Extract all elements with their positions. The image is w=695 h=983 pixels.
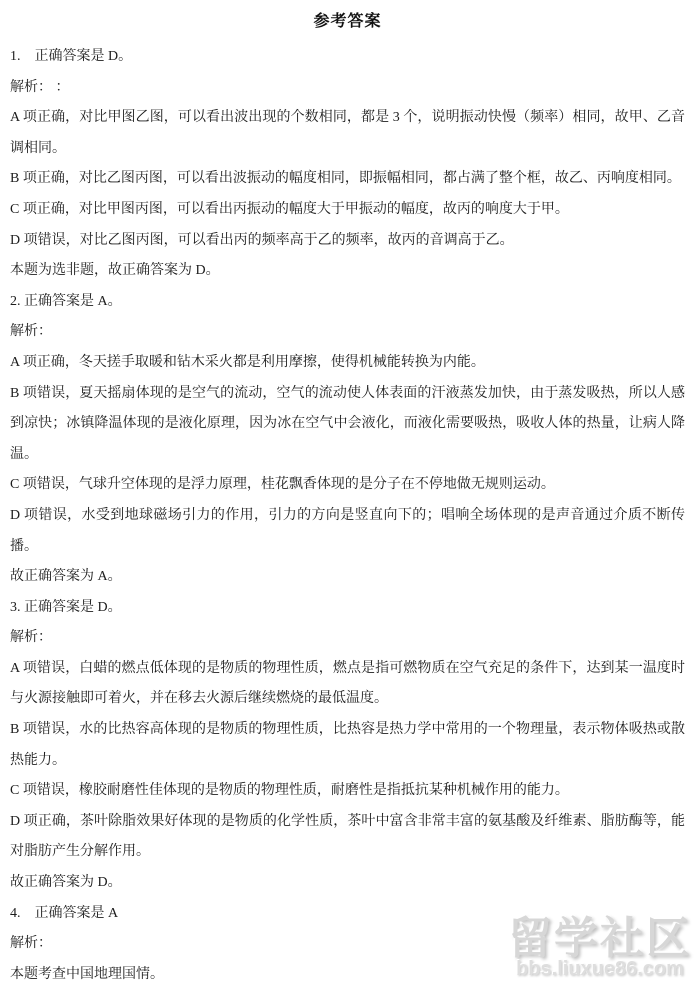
- answer-1-option-c: C 项正确，对比甲图丙图，可以看出丙振动的幅度大于甲振动的幅度，故丙的响度大于甲…: [10, 195, 685, 226]
- answer-1-analysis-label: 解析： ：: [10, 73, 685, 104]
- answer-content: 1. 正确答案是 D。 解析： ： A 项正确，对比甲图乙图，可以看出波出现的个…: [0, 31, 695, 983]
- answer-2-heading: 2. 正确答案是 A。: [10, 287, 685, 318]
- answer-2-option-c: C 项错误，气球升空体现的是浮力原理，桂花飘香体现的是分子在不停地做无规则运动。: [10, 470, 685, 501]
- answer-1-option-b: B 项正确，对比乙图丙图，可以看出波振动的幅度相同，即振幅相同，都占满了整个框，…: [10, 164, 685, 195]
- answer-3-option-b: B 项错误，水的比热容高体现的是物质的物理性质，比热容是热力学中常用的一个物理量…: [10, 715, 685, 776]
- page-title: 参考答案: [0, 0, 695, 31]
- answer-4-heading: 4. 正确答案是 A: [10, 899, 685, 930]
- answer-1-conclusion: 本题为选非题，故正确答案为 D。: [10, 256, 685, 287]
- answer-4-note: 本题考查中国地理国情。: [10, 960, 685, 983]
- answer-2-conclusion: 故正确答案为 A。: [10, 562, 685, 593]
- answer-2-option-a: A 项正确，冬天搓手取暖和钻木采火都是利用摩擦，使得机械能转换为内能。: [10, 348, 685, 379]
- answer-3-option-a: A 项错误，白蜡的燃点低体现的是物质的物理性质，燃点是指可燃物质在空气充足的条件…: [10, 654, 685, 715]
- answer-1-option-a: A 项正确，对比甲图乙图，可以看出波出现的个数相同，都是 3 个，说明振动快慢（…: [10, 103, 685, 164]
- answer-1-heading: 1. 正确答案是 D。: [10, 42, 685, 73]
- answer-2-analysis-label: 解析：: [10, 317, 685, 348]
- answer-3-heading: 3. 正确答案是 D。: [10, 593, 685, 624]
- document-page: 参考答案 1. 正确答案是 D。 解析： ： A 项正确，对比甲图乙图，可以看出…: [0, 0, 695, 983]
- answer-2-option-d: D 项错误，水受到地球磁场引力的作用，引力的方向是竖直向下的；唱响全场体现的是声…: [10, 501, 685, 562]
- answer-3-analysis-label: 解析：: [10, 623, 685, 654]
- answer-3-option-c: C 项错误，橡胶耐磨性佳体现的是物质的物理性质，耐磨性是指抵抗某种机械作用的能力…: [10, 776, 685, 807]
- answer-1-option-d: D 项错误，对比乙图丙图，可以看出丙的频率高于乙的频率，故丙的音调高于乙。: [10, 226, 685, 257]
- answer-3-option-d: D 项正确，茶叶除脂效果好体现的是物质的化学性质，茶叶中富含非常丰富的氨基酸及纤…: [10, 807, 685, 868]
- answer-2-option-b: B 项错误，夏天摇扇体现的是空气的流动，空气的流动使人体表面的汗液蒸发加快，由于…: [10, 379, 685, 471]
- answer-4-analysis-label: 解析：: [10, 929, 685, 960]
- answer-3-conclusion: 故正确答案为 D。: [10, 868, 685, 899]
